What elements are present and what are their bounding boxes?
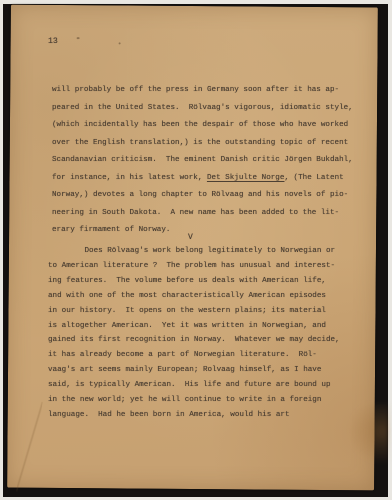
typed-line: is altogether American. Yet it was writt… [48,319,340,334]
typed-line: in the new world; yet he will continue t… [48,393,340,408]
typed-line: Scandanavian criticism. The eminent Dani… [52,152,353,170]
section-header-numeral: V [188,233,193,242]
typed-line: Does Rölvaag's work belong legitimately … [48,244,340,259]
paragraph-section-v: Does Rölvaag's work belong legitimately … [48,244,340,423]
typed-line: in our history. It opens on the western … [48,304,340,319]
underlined-book-title: Det Skjulte Norge [207,174,284,182]
typewritten-text-layer: 13 will probably be off the press in Ger… [0,0,392,500]
paragraph-continuation: will probably be off the press in German… [52,82,353,240]
typed-line: vaag's art seems mainly European; Rolvaa… [48,363,340,378]
typed-line: said, is typically American. His life an… [48,378,340,393]
typed-line: (which incidentally has been the despair… [52,117,353,135]
typed-line: ing features. The volume before us deals… [48,274,340,289]
typed-line: will probably be off the press in German… [52,82,353,100]
typed-line: to American literature ? The problem has… [48,259,340,274]
typed-line: erary firmament of Norway. [52,222,353,240]
page-number: 13 [48,37,58,46]
typed-line: for instance, in his latest work, Det Sk… [52,170,353,188]
typed-line: language. Had he been born in America, w… [48,408,340,423]
typed-line: neering in South Dakota. A new name has … [52,205,353,223]
typed-line: and with one of the most characteristica… [48,289,340,304]
typed-line: it has already become a part of Norwegia… [48,348,340,363]
typed-line: gained its first recognition in Norway. … [48,333,340,348]
scanned-document-view: 13 will probably be off the press in Ger… [0,0,392,500]
typed-line: over the English translation,) is the ou… [52,135,353,153]
typed-line: peared in the United States. Rölvaag's v… [52,100,353,118]
typed-line: Norway,) devotes a long chapter to Rölva… [52,187,353,205]
